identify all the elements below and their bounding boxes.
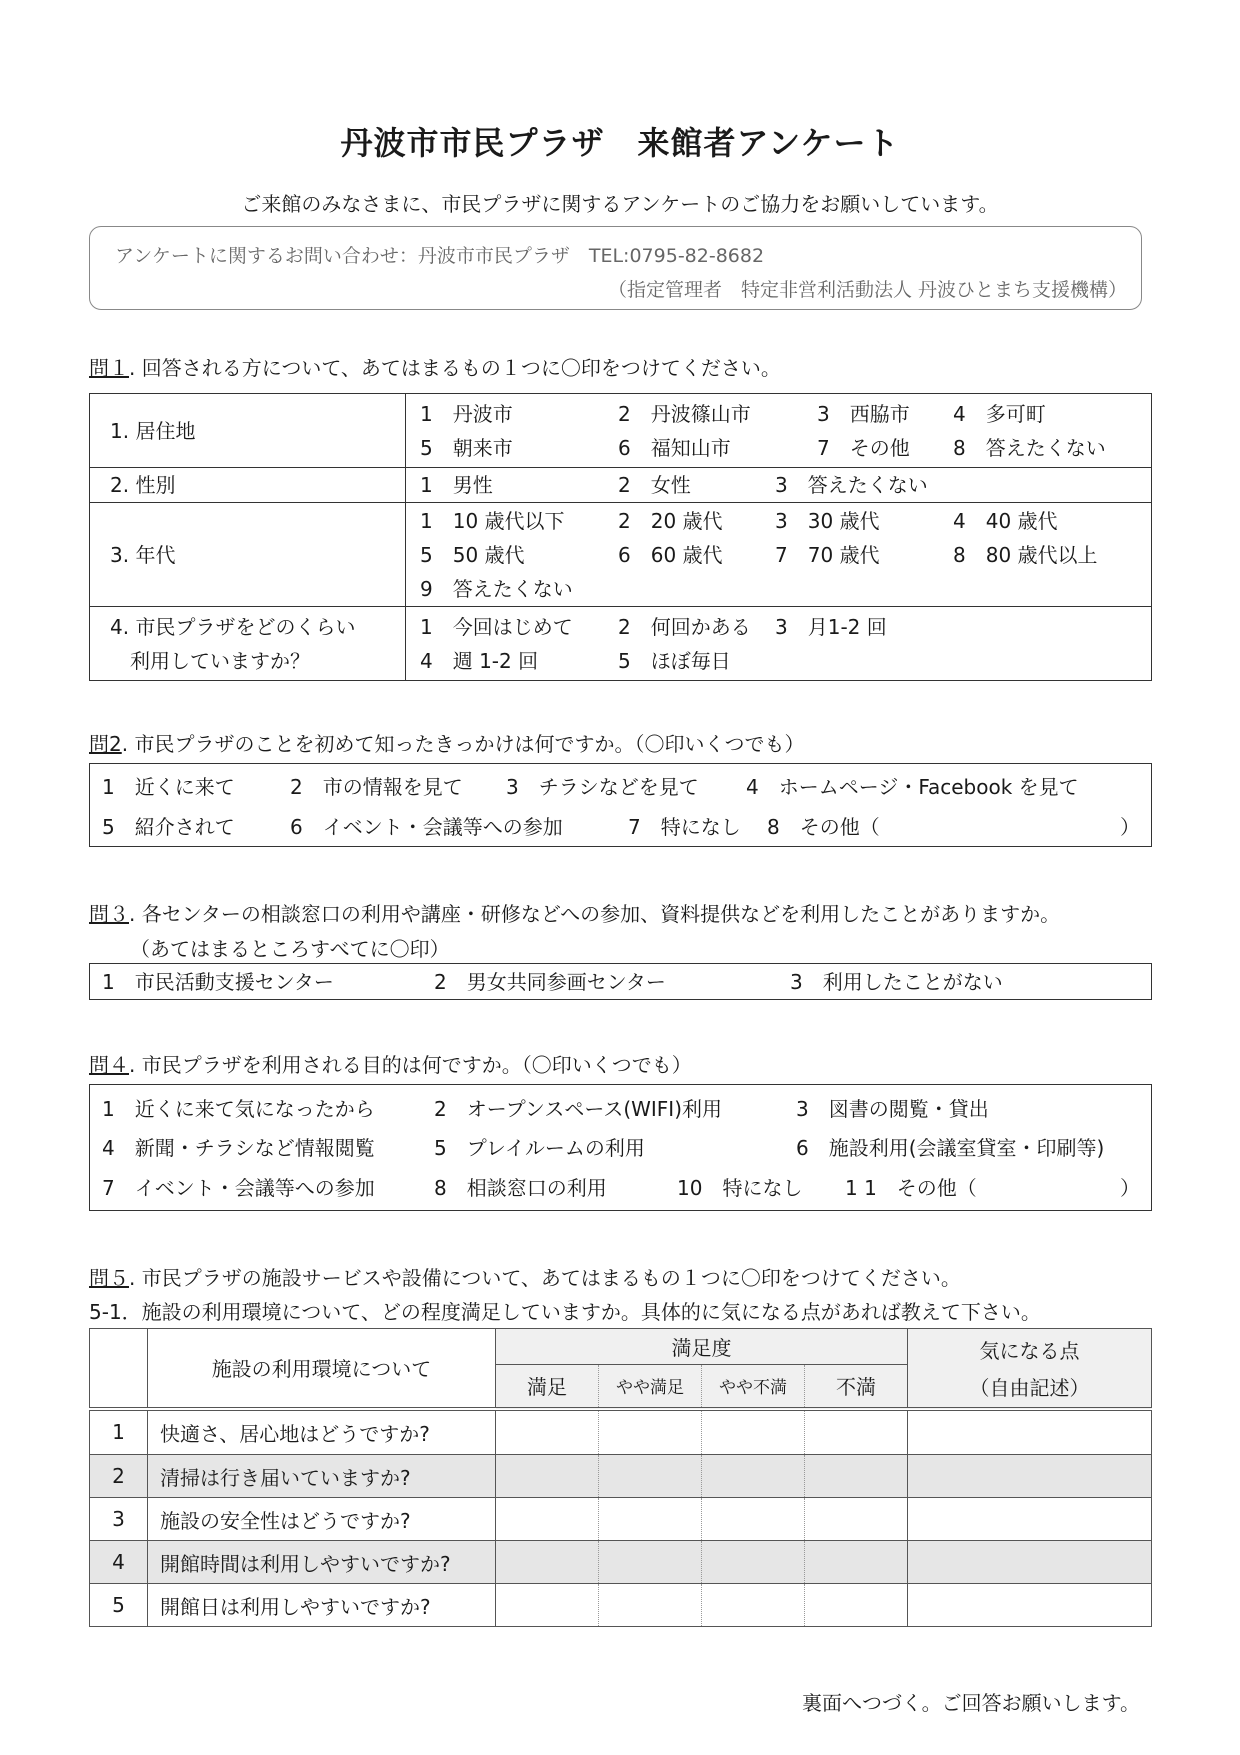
option[interactable]: 5 プレイルームの利用: [434, 1128, 645, 1168]
q4-heading: 問４. 市民プラザを利用される目的は何ですか。（〇印いくつでも）: [89, 1049, 692, 1078]
rating-cell-somewhat-dissatisfied[interactable]: [702, 1455, 805, 1498]
q1-options-gender: 1 男性 2 女性 3 答えたくない: [406, 468, 1152, 503]
q1-label-age: 3. 年代: [90, 503, 406, 607]
q1-options-frequency: 1 今回はじめて 2 何回かある 3 月1-2 回 4 週 1-2 回 5 ほぼ…: [406, 607, 1152, 681]
option[interactable]: 4 40 歳代: [953, 504, 1058, 538]
option[interactable]: 2 女性: [618, 468, 691, 502]
notes-cell[interactable]: [908, 1455, 1152, 1498]
rating-somewhat-satisfied: やや満足: [599, 1365, 702, 1409]
row-number: 1: [90, 1409, 148, 1455]
option[interactable]: 9 答えたくない: [420, 572, 573, 606]
option[interactable]: 2 オープンスペース(WIFI)利用: [434, 1090, 722, 1128]
option[interactable]: 2 男女共同参画センター: [434, 965, 666, 999]
q1-label-frequency: 4. 市民プラザをどのくらい 利用していますか？: [90, 607, 406, 681]
q1-row-age: 3. 年代 1 10 歳代以下 2 20 歳代 3 30 歳代 4 40 歳代 …: [90, 503, 1152, 607]
page-subtitle: ご来館のみなさまに、市民プラザに関するアンケートのご協力をお願いしています。: [0, 188, 1240, 217]
footer-note: 裏面へつづく。ご回答お願いします。: [802, 1687, 1140, 1716]
option[interactable]: 1 10 歳代以下: [420, 504, 565, 538]
rating-satisfied: 満足: [496, 1365, 599, 1409]
q1-label-residence: 1. 居住地: [90, 394, 406, 468]
row-number: 4: [90, 1541, 148, 1584]
q5-text: . 市民プラザの施設サービスや設備について、あてはまるもの１つに〇印をつけてくだ…: [129, 1266, 961, 1290]
other-input-open[interactable]: 8 その他（: [767, 810, 880, 844]
other-input-close: ）: [1120, 1168, 1140, 1208]
header-topic: 施設の利用環境について: [148, 1329, 496, 1409]
rating-cell-somewhat-satisfied[interactable]: [599, 1541, 702, 1584]
table-row: 2 清掃は行き届いていますか?: [90, 1455, 1152, 1498]
rating-cell-somewhat-satisfied[interactable]: [599, 1584, 702, 1627]
rating-cell-dissatisfied[interactable]: [805, 1584, 908, 1627]
option[interactable]: 8 80 歳代以上: [953, 538, 1098, 572]
q1-heading: 問１. 回答される方について、あてはまるもの１つに〇印をつけてください。: [89, 352, 781, 381]
rating-cell-dissatisfied[interactable]: [805, 1409, 908, 1455]
rating-cell-dissatisfied[interactable]: [805, 1455, 908, 1498]
option[interactable]: 3 月1-2 回: [775, 610, 887, 644]
q1-number: 問１: [89, 356, 129, 380]
q3-text: . 各センターの相談窓口の利用や講座・研修などへの参加、資料提供などを利用したこ…: [129, 902, 1060, 926]
table-header-row: 施設の利用環境について 満足度 気になる点 （自由記述）: [90, 1329, 1152, 1365]
q4-text: . 市民プラザを利用される目的は何ですか。（〇印いくつでも）: [129, 1053, 692, 1077]
page-title: 丹波市市民プラザ 来館者アンケート: [0, 118, 1240, 164]
row-question: 施設の安全性はどうですか?: [148, 1498, 496, 1541]
option[interactable]: 3 答えたくない: [775, 468, 928, 502]
option[interactable]: 6 イベント・会議等への参加: [290, 810, 563, 844]
option[interactable]: 5 ほぼ毎日: [618, 644, 731, 678]
header-satisfaction: 満足度: [496, 1329, 908, 1365]
notes-cell[interactable]: [908, 1409, 1152, 1455]
other-input-close: ）: [1120, 810, 1140, 844]
option[interactable]: 2 20 歳代: [618, 504, 723, 538]
q2-number: 問2: [89, 732, 122, 756]
option[interactable]: 6 施設利用(会議室貸室・印刷等): [796, 1128, 1104, 1168]
contact-box: アンケートに関するお問い合わせ：丹波市市民プラザ TEL:0795-82-868…: [89, 226, 1142, 310]
q5-satisfaction-table: 施設の利用環境について 満足度 気になる点 （自由記述） 満足 やや満足 やや不…: [89, 1328, 1152, 1627]
table-row: 4 開館時間は利用しやすいですか?: [90, 1541, 1152, 1584]
rating-cell-somewhat-satisfied[interactable]: [599, 1498, 702, 1541]
q1-label-gender: 2. 性別: [90, 468, 406, 503]
table-row: 5 開館日は利用しやすいですか?: [90, 1584, 1152, 1627]
option[interactable]: 4 新聞・チラシなど情報閲覧: [102, 1128, 375, 1168]
option[interactable]: 8 相談窓口の利用: [434, 1168, 607, 1208]
option[interactable]: 1 市民活動支援センター: [102, 965, 334, 999]
rating-cell-satisfied[interactable]: [496, 1584, 599, 1627]
option[interactable]: 7 特になし: [628, 810, 741, 844]
option[interactable]: 1 男性: [420, 468, 493, 502]
q1-row-gender: 2. 性別 1 男性 2 女性 3 答えたくない: [90, 468, 1152, 503]
option[interactable]: 7 イベント・会議等への参加: [102, 1168, 375, 1208]
rating-cell-somewhat-dissatisfied[interactable]: [702, 1584, 805, 1627]
option[interactable]: 8 答えたくない: [953, 431, 1106, 465]
row-number: 3: [90, 1498, 148, 1541]
q2-text: . 市民プラザのことを初めて知ったきっかけは何ですか。（〇印いくつでも）: [122, 732, 805, 756]
option[interactable]: 2 何回かある: [618, 610, 751, 644]
notes-cell[interactable]: [908, 1498, 1152, 1541]
option[interactable]: 1 今回はじめて: [420, 610, 573, 644]
option[interactable]: 4 ホームページ・Facebook を見て: [746, 770, 1079, 804]
q4-options-box: 1 近くに来て気になったから 2 オープンスペース(WIFI)利用 3 図書の閲…: [89, 1084, 1152, 1211]
other-input-open[interactable]: 1 1 その他（: [845, 1168, 977, 1208]
option[interactable]: 3 西脇市: [817, 397, 910, 431]
row-number: 2: [90, 1455, 148, 1498]
rating-cell-somewhat-satisfied[interactable]: [599, 1455, 702, 1498]
option[interactable]: 1 近くに来て: [102, 770, 235, 804]
rating-cell-satisfied[interactable]: [496, 1455, 599, 1498]
option[interactable]: 6 60 歳代: [618, 538, 723, 572]
header-notes: 気になる点 （自由記述）: [908, 1329, 1152, 1409]
option[interactable]: 5 紹介されて: [102, 810, 235, 844]
option[interactable]: 2 丹波篠山市: [618, 397, 751, 431]
q2-options-box: 1 近くに来て 2 市の情報を見て 3 チラシなどを見て 4 ホームページ・Fa…: [89, 763, 1152, 847]
rating-cell-somewhat-satisfied[interactable]: [599, 1409, 702, 1455]
option[interactable]: 4 多可町: [953, 397, 1046, 431]
q1-text: . 回答される方について、あてはまるもの１つに〇印をつけてください。: [129, 356, 781, 380]
table-row: 3 施設の安全性はどうですか?: [90, 1498, 1152, 1541]
row-question: 快適さ、居心地はどうですか?: [148, 1409, 496, 1455]
notes-cell[interactable]: [908, 1541, 1152, 1584]
q2-heading: 問2. 市民プラザのことを初めて知ったきっかけは何ですか。（〇印いくつでも）: [89, 728, 804, 757]
option[interactable]: 5 50 歳代: [420, 538, 525, 572]
q1-options-age: 1 10 歳代以下 2 20 歳代 3 30 歳代 4 40 歳代 5 50 歳…: [406, 503, 1152, 607]
row-question: 清掃は行き届いていますか?: [148, 1455, 496, 1498]
q3-options-box: 1 市民活動支援センター 2 男女共同参画センター 3 利用したことがない: [89, 963, 1152, 1000]
q5-heading: 問５. 市民プラザの施設サービスや設備について、あてはまるもの１つに〇印をつけて…: [89, 1262, 961, 1291]
option[interactable]: 3 図書の閲覧・貸出: [796, 1090, 989, 1128]
q3-subtext: （あてはまるところすべてに〇印）: [130, 933, 450, 962]
option[interactable]: 4 週 1-2 回: [420, 644, 538, 678]
q5-number: 問５: [89, 1266, 129, 1290]
rating-cell-somewhat-dissatisfied[interactable]: [702, 1541, 805, 1584]
q1-table: 1. 居住地 1 丹波市 2 丹波篠山市 3 西脇市 4 多可町 5 朝来市 6…: [89, 393, 1152, 681]
option[interactable]: 1 丹波市: [420, 397, 513, 431]
option[interactable]: 2 市の情報を見て: [290, 770, 463, 804]
q1-options-residence: 1 丹波市 2 丹波篠山市 3 西脇市 4 多可町 5 朝来市 6 福知山市 7…: [406, 394, 1152, 468]
option[interactable]: 7 70 歳代: [775, 538, 880, 572]
contact-info: アンケートに関するお問い合わせ：丹波市市民プラザ TEL:0795-82-868…: [115, 241, 764, 268]
q3-number: 問３: [89, 902, 129, 926]
q1-row-frequency: 4. 市民プラザをどのくらい 利用していますか？ 1 今回はじめて 2 何回かあ…: [90, 607, 1152, 681]
option[interactable]: 1 近くに来て気になったから: [102, 1090, 375, 1128]
option[interactable]: 7 その他: [817, 431, 910, 465]
manager-info: （指定管理者 特定非営利活動法人 丹波ひとまち支援機構）: [608, 275, 1127, 302]
row-question: 開館時間は利用しやすいですか?: [148, 1541, 496, 1584]
row-question: 開館日は利用しやすいですか?: [148, 1584, 496, 1627]
notes-cell[interactable]: [908, 1584, 1152, 1627]
q5-1-heading: 5-1．施設の利用環境について、どの程度満足していますか。具体的に気になる点があ…: [89, 1296, 1041, 1325]
q3-heading: 問３. 各センターの相談窓口の利用や講座・研修などへの参加、資料提供などを利用し…: [89, 898, 1060, 927]
rating-cell-satisfied[interactable]: [496, 1541, 599, 1584]
option[interactable]: 3 利用したことがない: [790, 965, 1003, 999]
rating-cell-satisfied[interactable]: [496, 1498, 599, 1541]
option[interactable]: 3 チラシなどを見て: [506, 770, 699, 804]
option[interactable]: 5 朝来市: [420, 431, 513, 465]
q1-row-residence: 1. 居住地 1 丹波市 2 丹波篠山市 3 西脇市 4 多可町 5 朝来市 6…: [90, 394, 1152, 468]
header-no: [90, 1329, 148, 1409]
rating-cell-somewhat-dissatisfied[interactable]: [702, 1498, 805, 1541]
q4-number: 問４: [89, 1053, 129, 1077]
option[interactable]: 6 福知山市: [618, 431, 731, 465]
rating-dissatisfied: 不満: [805, 1365, 908, 1409]
rating-cell-dissatisfied[interactable]: [805, 1541, 908, 1584]
rating-cell-satisfied[interactable]: [496, 1409, 599, 1455]
rating-cell-dissatisfied[interactable]: [805, 1498, 908, 1541]
rating-somewhat-dissatisfied: やや不満: [702, 1365, 805, 1409]
option[interactable]: 3 30 歳代: [775, 504, 880, 538]
rating-cell-somewhat-dissatisfied[interactable]: [702, 1409, 805, 1455]
option[interactable]: 10 特になし: [677, 1168, 802, 1208]
table-row: 1 快適さ、居心地はどうですか?: [90, 1409, 1152, 1455]
row-number: 5: [90, 1584, 148, 1627]
